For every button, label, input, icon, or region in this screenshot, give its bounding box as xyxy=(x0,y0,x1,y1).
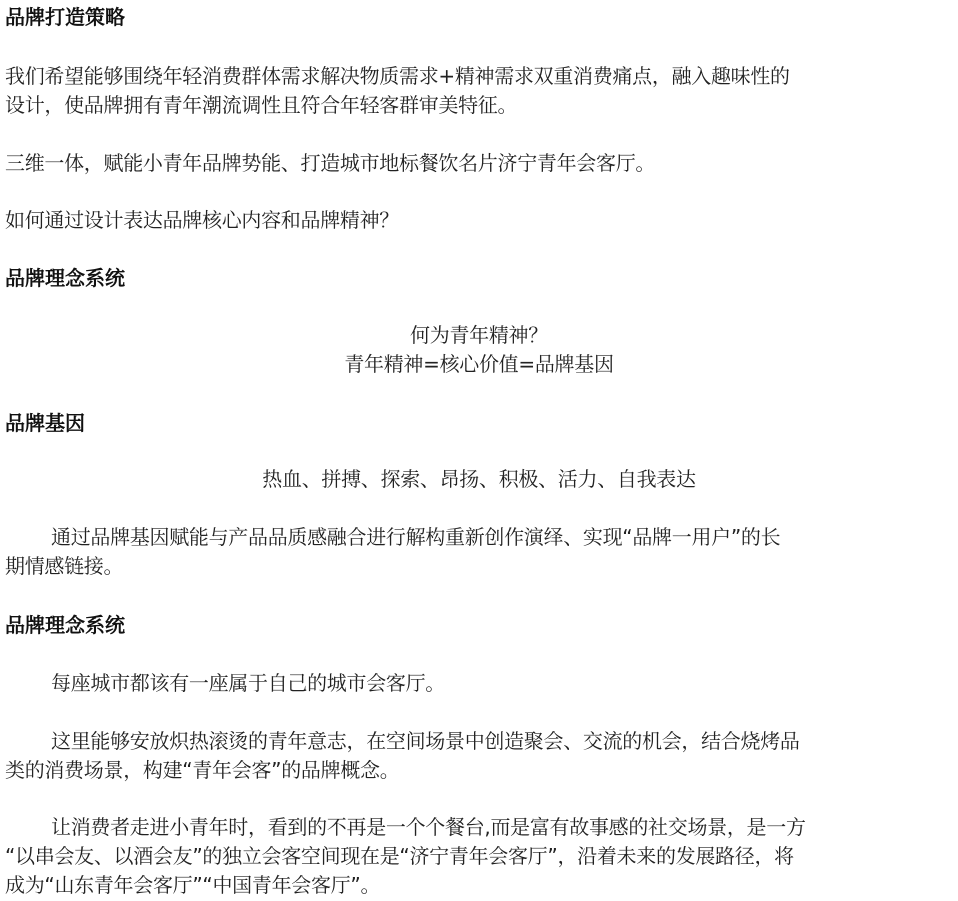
paragraph-strategy-intro: 我们希望能够围绕年轻消费群体需求解决物质需求+精神需求双重消费痛点，融入趣味性的… xyxy=(5,62,958,120)
text-line: 何为青年精神？ xyxy=(0,321,958,350)
heading-brand-gene: 品牌基因 xyxy=(5,410,958,436)
centered-brand-gene-list: 热血、拼搏、探索、昂扬、积极、活力、自我表达 xyxy=(0,465,958,494)
paragraph-consumer-experience: 让消费者走进小青年时，看到的不再是一个个餐台,而是富有故事感的社交场景，是一方 … xyxy=(5,813,958,900)
text-line: 通过品牌基因赋能与产品品质感融合进行解构重新创作演绎、实现“品牌一用户”的长 xyxy=(5,523,958,552)
text-line: 这里能够安放炽热滚烫的青年意志，在空间场景中创造聚会、交流的机会，结合烧烤品 xyxy=(5,727,958,756)
paragraph-youth-will: 这里能够安放炽热滚烫的青年意志，在空间场景中创造聚会、交流的机会，结合烧烤品 类… xyxy=(5,727,958,785)
text-line: 三维一体，赋能小青年品牌势能、打造城市地标餐饮名片济宁青年会客厅。 xyxy=(5,149,958,178)
text-line: 成为“山东青年会客厅”“中国青年会客厅”。 xyxy=(5,871,958,900)
paragraph-city-parlor: 每座城市都该有一座属于自己的城市会客厅。 xyxy=(5,669,958,698)
heading-brand-strategy: 品牌打造策略 xyxy=(5,4,958,30)
paragraph-design-question: 如何通过设计表达品牌核心内容和品牌精神？ xyxy=(5,206,958,235)
heading-brand-concept-system-2: 品牌理念系统 xyxy=(5,612,958,638)
text-line: 每座城市都该有一座属于自己的城市会客厅。 xyxy=(5,669,958,698)
paragraph-three-in-one: 三维一体，赋能小青年品牌势能、打造城市地标餐饮名片济宁青年会客厅。 xyxy=(5,149,958,178)
text-line: 青年精神=核心价值=品牌基因 xyxy=(0,350,958,379)
text-line: 我们希望能够围绕年轻消费群体需求解决物质需求+精神需求双重消费痛点，融入趣味性的 xyxy=(5,62,958,91)
centered-youth-spirit: 何为青年精神？ 青年精神=核心价值=品牌基因 xyxy=(0,321,958,379)
text-line: 设计，使品牌拥有青年潮流调性且符合年轻客群审美特征。 xyxy=(5,91,958,120)
text-line: 类的消费场景，构建“青年会客”的品牌概念。 xyxy=(5,756,958,785)
text-line: 期情感链接。 xyxy=(5,552,958,581)
text-line: 让消费者走进小青年时，看到的不再是一个个餐台,而是富有故事感的社交场景，是一方 xyxy=(5,813,958,842)
text-line: 如何通过设计表达品牌核心内容和品牌精神？ xyxy=(5,206,958,235)
heading-brand-concept-system: 品牌理念系统 xyxy=(5,265,958,291)
text-line: “以串会友、以酒会友”的独立会客空间现在是“济宁青年会客厅”，沿着未来的发展路径… xyxy=(5,842,958,871)
paragraph-brand-gene-empowerment: 通过品牌基因赋能与产品品质感融合进行解构重新创作演绎、实现“品牌一用户”的长 期… xyxy=(5,523,958,581)
text-line: 热血、拼搏、探索、昂扬、积极、活力、自我表达 xyxy=(0,465,958,494)
